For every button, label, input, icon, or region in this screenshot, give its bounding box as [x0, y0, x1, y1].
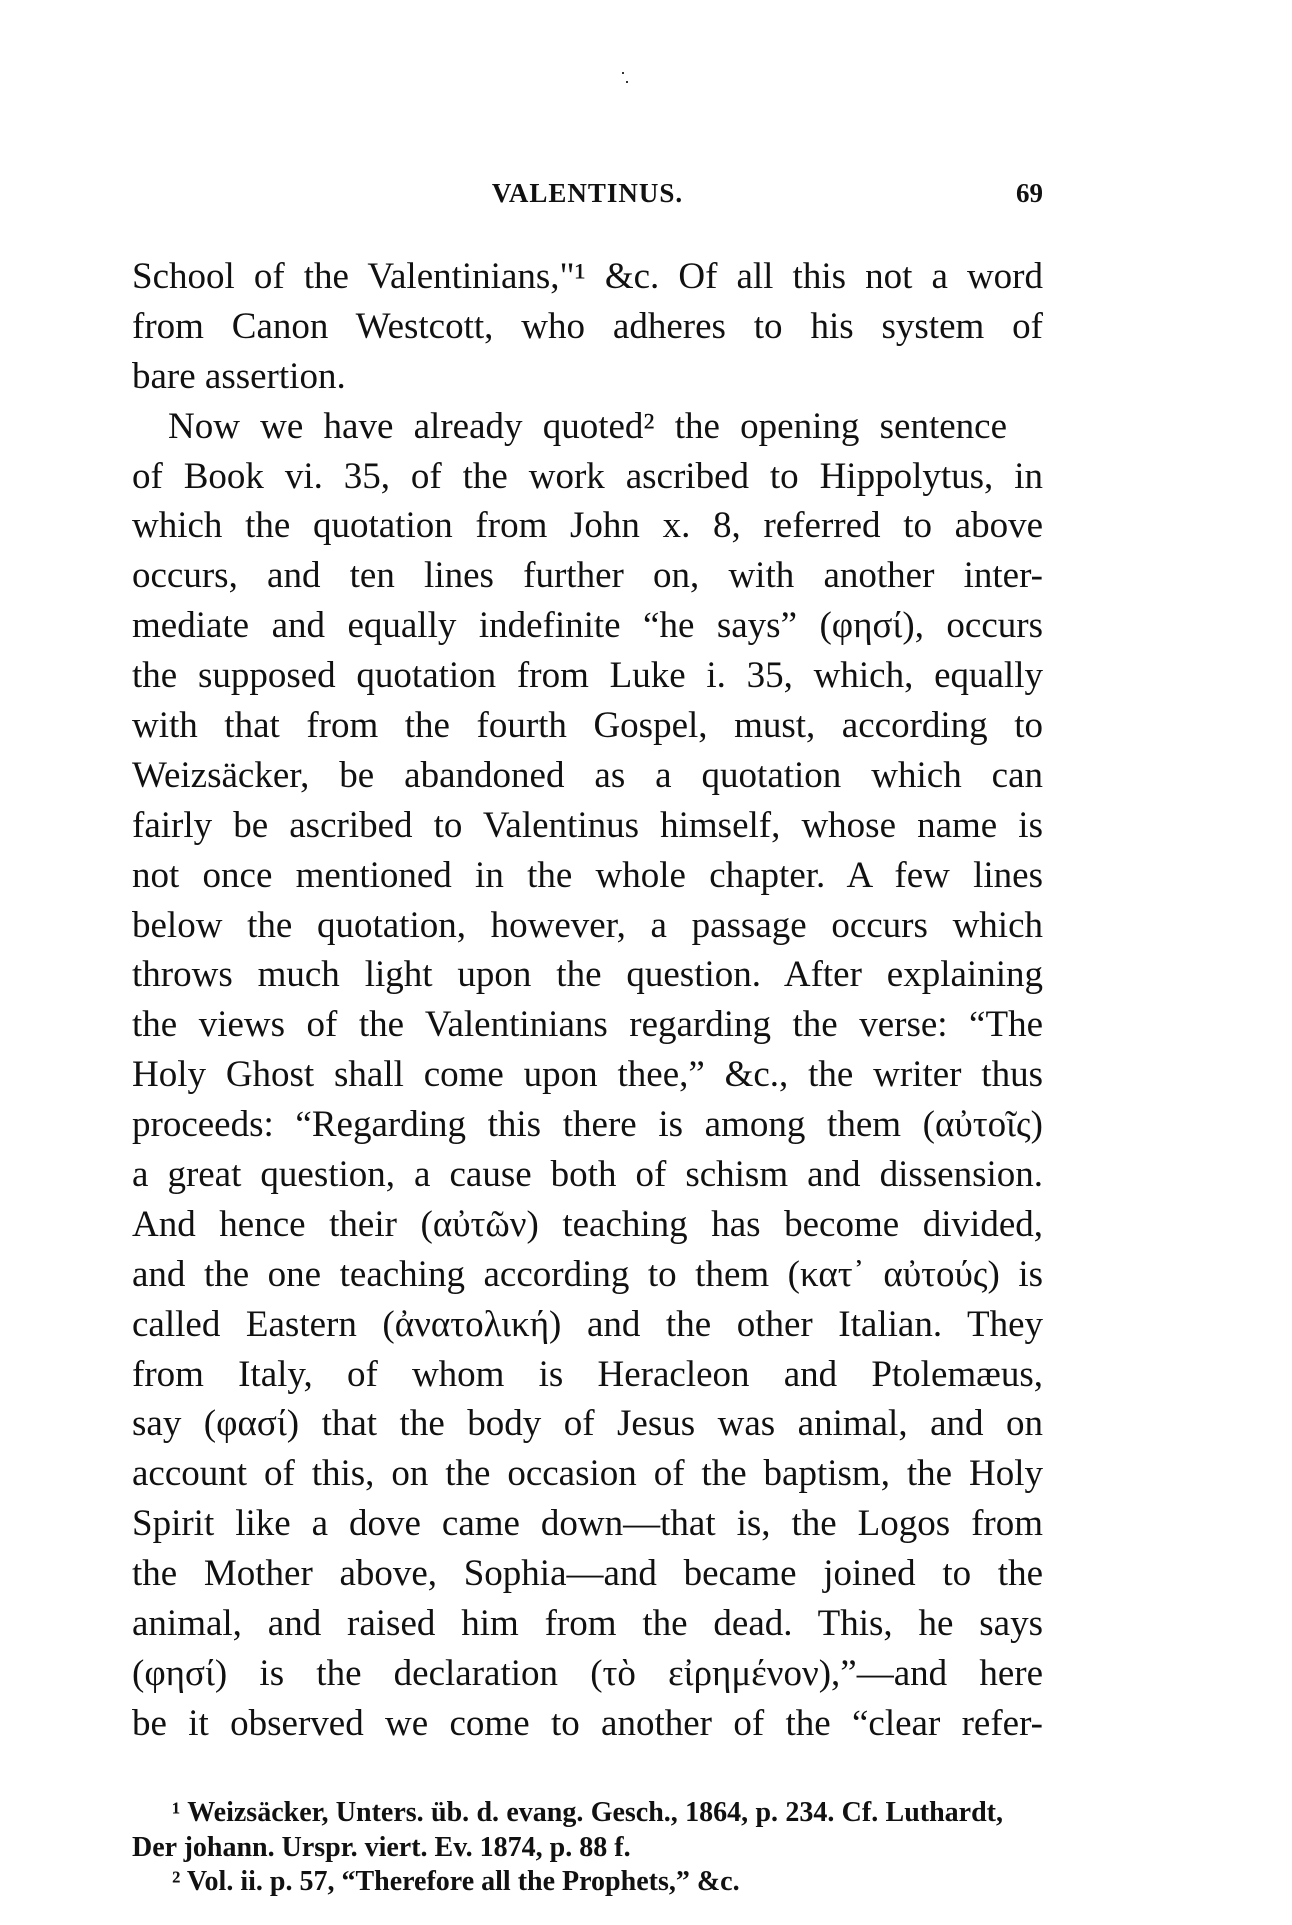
- text-line-text: the supposed quotation from Luke i. 35, …: [132, 651, 1043, 701]
- text-line-text: the views of the Valentinians regarding …: [132, 1000, 1043, 1050]
- text-line-text: mediate and equally indefinite “he says”…: [132, 601, 1043, 651]
- text-line: a great question, a cause both of schism…: [132, 1150, 1043, 1200]
- text-line-text: the Mother above, Sophia—and became join…: [132, 1549, 1043, 1599]
- text-line-text: from Italy, of whom is Heracleon and Pto…: [132, 1350, 1043, 1400]
- text-line-text: (φησί) is the declaration (τὸ εἰρημένον)…: [132, 1649, 1043, 1699]
- text-line-text: say (φασί) that the body of Jesus was an…: [132, 1399, 1043, 1449]
- text-line: School of the Valentinians,"¹ &c. Of all…: [132, 252, 1043, 302]
- text-line: Spirit like a dove came down—that is, th…: [132, 1499, 1043, 1549]
- text-line: with that from the fourth Gospel, must, …: [132, 701, 1043, 751]
- text-line-text: account of this, on the occasion of the …: [132, 1449, 1043, 1499]
- text-line: throws much light upon the question. Aft…: [132, 950, 1043, 1000]
- text-line: and the one teaching according to them (…: [132, 1250, 1043, 1300]
- text-line: And hence their (αὐτῶν) teaching has bec…: [132, 1200, 1043, 1250]
- text-line-text: School of the Valentinians,"¹ &c. Of all…: [132, 252, 1043, 302]
- book-page: VALENTINUS. 69 School of the Valentinian…: [0, 0, 1292, 1925]
- scan-speck: [622, 72, 624, 74]
- text-line: say (φασί) that the body of Jesus was an…: [132, 1399, 1043, 1449]
- footnote-line: ² Vol. ii. p. 57, “Therefore all the Pro…: [132, 1865, 1043, 1900]
- text-line-text: of Book vi. 35, of the work ascribed to …: [132, 452, 1043, 502]
- text-line: be it observed we come to another of the…: [132, 1699, 1043, 1749]
- text-line: not once mentioned in the whole chapter.…: [132, 851, 1043, 901]
- text-line-text: Holy Ghost shall come upon thee,” &c., t…: [132, 1050, 1043, 1100]
- text-line: from Italy, of whom is Heracleon and Pto…: [132, 1350, 1043, 1400]
- text-line: occurs, and ten lines further on, with a…: [132, 551, 1043, 601]
- text-line: Holy Ghost shall come upon thee,” &c., t…: [132, 1050, 1043, 1100]
- text-line-text: not once mentioned in the whole chapter.…: [132, 851, 1043, 901]
- text-line: (φησί) is the declaration (τὸ εἰρημένον)…: [132, 1649, 1043, 1699]
- text-line: mediate and equally indefinite “he says”…: [132, 601, 1043, 651]
- text-line: Weizsäcker, be abandoned as a quotation …: [132, 751, 1043, 801]
- text-line-text: be it observed we come to another of the…: [132, 1699, 1043, 1749]
- text-line: fairly be ascribed to Valentinus himself…: [132, 801, 1043, 851]
- text-line-text: throws much light upon the question. Aft…: [132, 950, 1043, 1000]
- text-line-text: occurs, and ten lines further on, with a…: [132, 551, 1043, 601]
- running-head: VALENTINUS. 69: [132, 178, 1043, 214]
- scan-speck: [626, 81, 628, 83]
- text-line-text: Now we have already quoted² the opening …: [168, 402, 1007, 452]
- text-line-text: which the quotation from John x. 8, refe…: [132, 501, 1043, 551]
- footnote-line-text: ¹ Weizsäcker, Unters. üb. d. evang. Gesc…: [172, 1796, 1003, 1831]
- text-line: bare assertion.: [132, 352, 1043, 402]
- text-line-text: fairly be ascribed to Valentinus himself…: [132, 801, 1043, 851]
- text-line: the Mother above, Sophia—and became join…: [132, 1549, 1043, 1599]
- text-line-text: called Eastern (ἀνατολική) and the other…: [132, 1300, 1043, 1350]
- text-line-text: Weizsäcker, be abandoned as a quotation …: [132, 751, 1043, 801]
- text-line-text: from Canon Westcott, who adheres to his …: [132, 302, 1043, 352]
- text-line-text: animal, and raised him from the dead. Th…: [132, 1599, 1043, 1649]
- footnote-line: Der johann. Urspr. viert. Ev. 1874, p. 8…: [132, 1831, 1043, 1866]
- footnote-line-text: ² Vol. ii. p. 57, “Therefore all the Pro…: [172, 1865, 1003, 1900]
- page-number: 69: [1016, 178, 1043, 209]
- text-line: below the quotation, however, a passage …: [132, 901, 1043, 951]
- text-line: account of this, on the occasion of the …: [132, 1449, 1043, 1499]
- text-line-text: with that from the fourth Gospel, must, …: [132, 701, 1043, 751]
- text-line-text: a great question, a cause both of schism…: [132, 1150, 1043, 1200]
- text-line: the supposed quotation from Luke i. 35, …: [132, 651, 1043, 701]
- body-text: School of the Valentinians,"¹ &c. Of all…: [132, 252, 1043, 1749]
- text-line: Now we have already quoted² the opening …: [132, 402, 1043, 452]
- text-line: which the quotation from John x. 8, refe…: [132, 501, 1043, 551]
- footnote-line-text: Der johann. Urspr. viert. Ev. 1874, p. 8…: [132, 1831, 1043, 1866]
- text-line-text: proceeds: “Regarding this there is among…: [132, 1100, 1043, 1150]
- text-line: animal, and raised him from the dead. Th…: [132, 1599, 1043, 1649]
- text-line: called Eastern (ἀνατολική) and the other…: [132, 1300, 1043, 1350]
- text-line: from Canon Westcott, who adheres to his …: [132, 302, 1043, 352]
- text-line-text: Spirit like a dove came down—that is, th…: [132, 1499, 1043, 1549]
- text-line-text: below the quotation, however, a passage …: [132, 901, 1043, 951]
- text-line: the views of the Valentinians regarding …: [132, 1000, 1043, 1050]
- footnotes: ¹ Weizsäcker, Unters. üb. d. evang. Gesc…: [132, 1796, 1043, 1900]
- text-line: of Book vi. 35, of the work ascribed to …: [132, 452, 1043, 502]
- text-line-text: And hence their (αὐτῶν) teaching has bec…: [132, 1200, 1043, 1250]
- text-line-text: and the one teaching according to them (…: [132, 1250, 1043, 1300]
- running-title: VALENTINUS.: [132, 178, 1043, 209]
- footnote-line: ¹ Weizsäcker, Unters. üb. d. evang. Gesc…: [132, 1796, 1043, 1831]
- text-line: proceeds: “Regarding this there is among…: [132, 1100, 1043, 1150]
- text-line-text: bare assertion.: [132, 352, 1043, 402]
